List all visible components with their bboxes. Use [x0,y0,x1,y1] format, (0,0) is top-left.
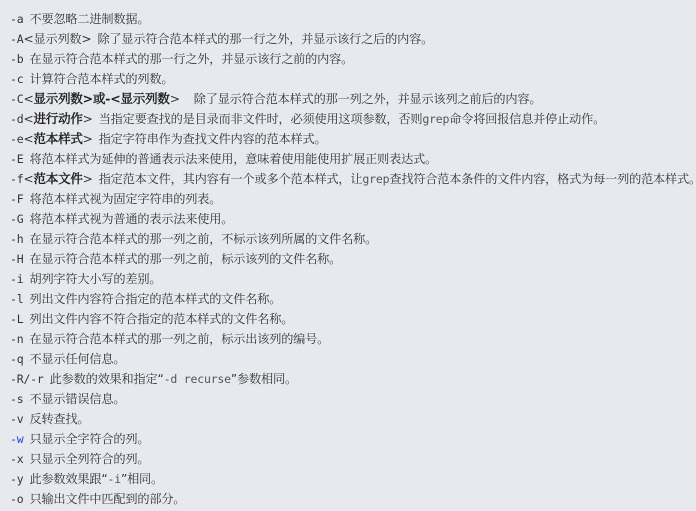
description: 除了显示符合范本样式的那一行之外，并显示该行之后的内容。 [97,32,433,46]
description: 列出文件内容符合指定的范本样式的文件名称。 [29,292,281,306]
description: 查找符合范本条件的文件内容，格式为每一列的范本样式。 [389,172,696,186]
description: 只输出文件中匹配到的部分。 [29,492,185,506]
flag: -H [10,252,23,266]
option-c: -c计算符合范本样式的列数。 [10,69,696,89]
option-L: -L列出文件内容不符合指定的范本样式的文件名称。 [10,309,696,329]
flag: -C [10,92,23,106]
arg-bracket: < [23,172,33,186]
flag: -G [10,212,23,226]
description: 不要忽略二进制数据。 [29,12,149,26]
flag: -b [10,52,23,66]
flag: -s [10,392,23,406]
description: 在显示符合范本样式的那一列之前，不标示该列所属的文件名称。 [29,232,377,246]
option-F: -F将范本样式视为固定字符串的列表。 [10,189,696,209]
option-v: -v反转查找。 [10,409,696,429]
description: 指定字符串作为查找文件内容的范本样式。 [99,132,327,146]
argument: <显示列数> [23,32,91,46]
option-G: -G将范本样式视为普通的表示法来使用。 [10,209,696,229]
description: 将范本样式为延伸的普通表示法来使用，意味着使用能使用扩展正则表达式。 [29,152,437,166]
option-w: -w只显示全字符合的列。 [10,429,696,449]
description: 胡列字符大小写的差别。 [29,272,161,286]
flag: -q [10,352,23,366]
option-x: -x只显示全列符合的列。 [10,449,696,469]
flag: -l [10,292,23,306]
description: 不显示错误信息。 [29,392,125,406]
code: grep [362,172,389,186]
flag: -f [10,172,23,186]
flag: -d [10,112,23,126]
flag: -R/-r [10,372,44,386]
option-R: -R/-r此参数的效果和指定“-d recurse”参数相同。 [10,369,696,389]
argument: 显示列数 [121,91,170,106]
flag: -o [10,492,23,506]
flag: -v [10,412,23,426]
description: 将范本样式视为普通的表示法来使用。 [29,212,233,226]
description: 命令将回报信息并停止动作。 [449,112,605,126]
flag: -A [10,32,23,46]
arg-bracket: > [170,92,180,106]
option-s: -s不显示错误信息。 [10,389,696,409]
option-C: -C<显示列数>或-<显示列数>除了显示符合范本样式的那一列之外，并显示该列之前… [10,89,696,109]
flag: -w [10,432,23,446]
arg-bracket: < [23,132,33,146]
option-E: -E将范本样式为延伸的普通表示法来使用，意味着使用能使用扩展正则表达式。 [10,149,696,169]
description: 指定范本文件，其内容有一个或多个范本样式，让 [99,172,363,186]
flag: -e [10,132,23,146]
option-y: -y此参数效果跟“-i”相同。 [10,469,696,489]
description: 在显示符合范本样式的那一列之前，标示该列的文件名称。 [29,252,341,266]
description: 在显示符合范本样式的那一列之前，标示出该列的编号。 [29,332,329,346]
arg-separator: >或-< [83,91,121,106]
description: 除了显示符合范本样式的那一列之外，并显示该列之前后的内容。 [194,92,542,106]
option-A: -A<显示列数>除了显示符合范本样式的那一行之外，并显示该行之后的内容。 [10,29,696,49]
description: 不显示任何信息。 [29,352,125,366]
flag: -h [10,232,23,246]
option-e: -e<范本样式>指定字符串作为查找文件内容的范本样式。 [10,129,696,149]
description: 只显示全字符合的列。 [29,432,149,446]
description: 只显示全列符合的列。 [29,452,149,466]
flag: -E [10,152,23,166]
flag: -L [10,312,23,326]
description: 反转查找。 [29,412,89,426]
flag: -i [10,272,23,286]
flag: -c [10,72,23,86]
option-a: -a不要忽略二进制数据。 [10,9,696,29]
argument: 进行动作 [33,111,82,126]
arg-bracket: > [83,112,93,126]
option-o: -o只输出文件中匹配到的部分。 [10,489,696,509]
option-b: -b在显示符合范本样式的那一行之外，并显示该行之前的内容。 [10,49,696,69]
flag: -n [10,332,23,346]
description: 此参数的效果和指定“ [50,372,164,386]
arg-bracket: > [83,172,93,186]
description: 在显示符合范本样式的那一行之外，并显示该行之前的内容。 [29,52,353,66]
description: ”相同。 [121,472,163,486]
flag: -y [10,472,23,486]
argument: 显示列数 [33,91,82,106]
option-f: -f<范本文件>指定范本文件，其内容有一个或多个范本样式，让grep查找符合范本… [10,169,696,189]
code: -i [108,472,121,486]
flag: -F [10,192,23,206]
argument: 范本样式 [33,131,82,146]
arg-bracket: > [83,132,93,146]
code: -d recurse [164,372,231,386]
description: 当指定要查找的是目录而非文件时，必须使用这项参数，否则 [99,112,423,126]
flag: -x [10,452,23,466]
description: ”参数相同。 [231,372,297,386]
arg-bracket: < [23,112,33,126]
description: 此参数效果跟“ [29,472,107,486]
option-d: -d<进行动作>当指定要查找的是目录而非文件时，必须使用这项参数，否则grep命… [10,109,696,129]
description: 将范本样式视为固定字符串的列表。 [29,192,221,206]
option-H: -H在显示符合范本样式的那一列之前，标示该列的文件名称。 [10,249,696,269]
argument: 范本文件 [33,171,82,186]
option-l: -l列出文件内容符合指定的范本样式的文件名称。 [10,289,696,309]
grep-options-list: -a不要忽略二进制数据。 -A<显示列数>除了显示符合范本样式的那一行之外，并显… [10,9,696,509]
option-h: -h在显示符合范本样式的那一列之前，不标示该列所属的文件名称。 [10,229,696,249]
option-q: -q不显示任何信息。 [10,349,696,369]
option-n: -n在显示符合范本样式的那一列之前，标示出该列的编号。 [10,329,696,349]
arg-bracket: < [23,92,33,106]
flag: -a [10,12,23,26]
option-i: -i胡列字符大小写的差别。 [10,269,696,289]
description: 列出文件内容不符合指定的范本样式的文件名称。 [29,312,293,326]
description: 计算符合范本样式的列数。 [29,72,173,86]
code: grep [422,112,449,126]
